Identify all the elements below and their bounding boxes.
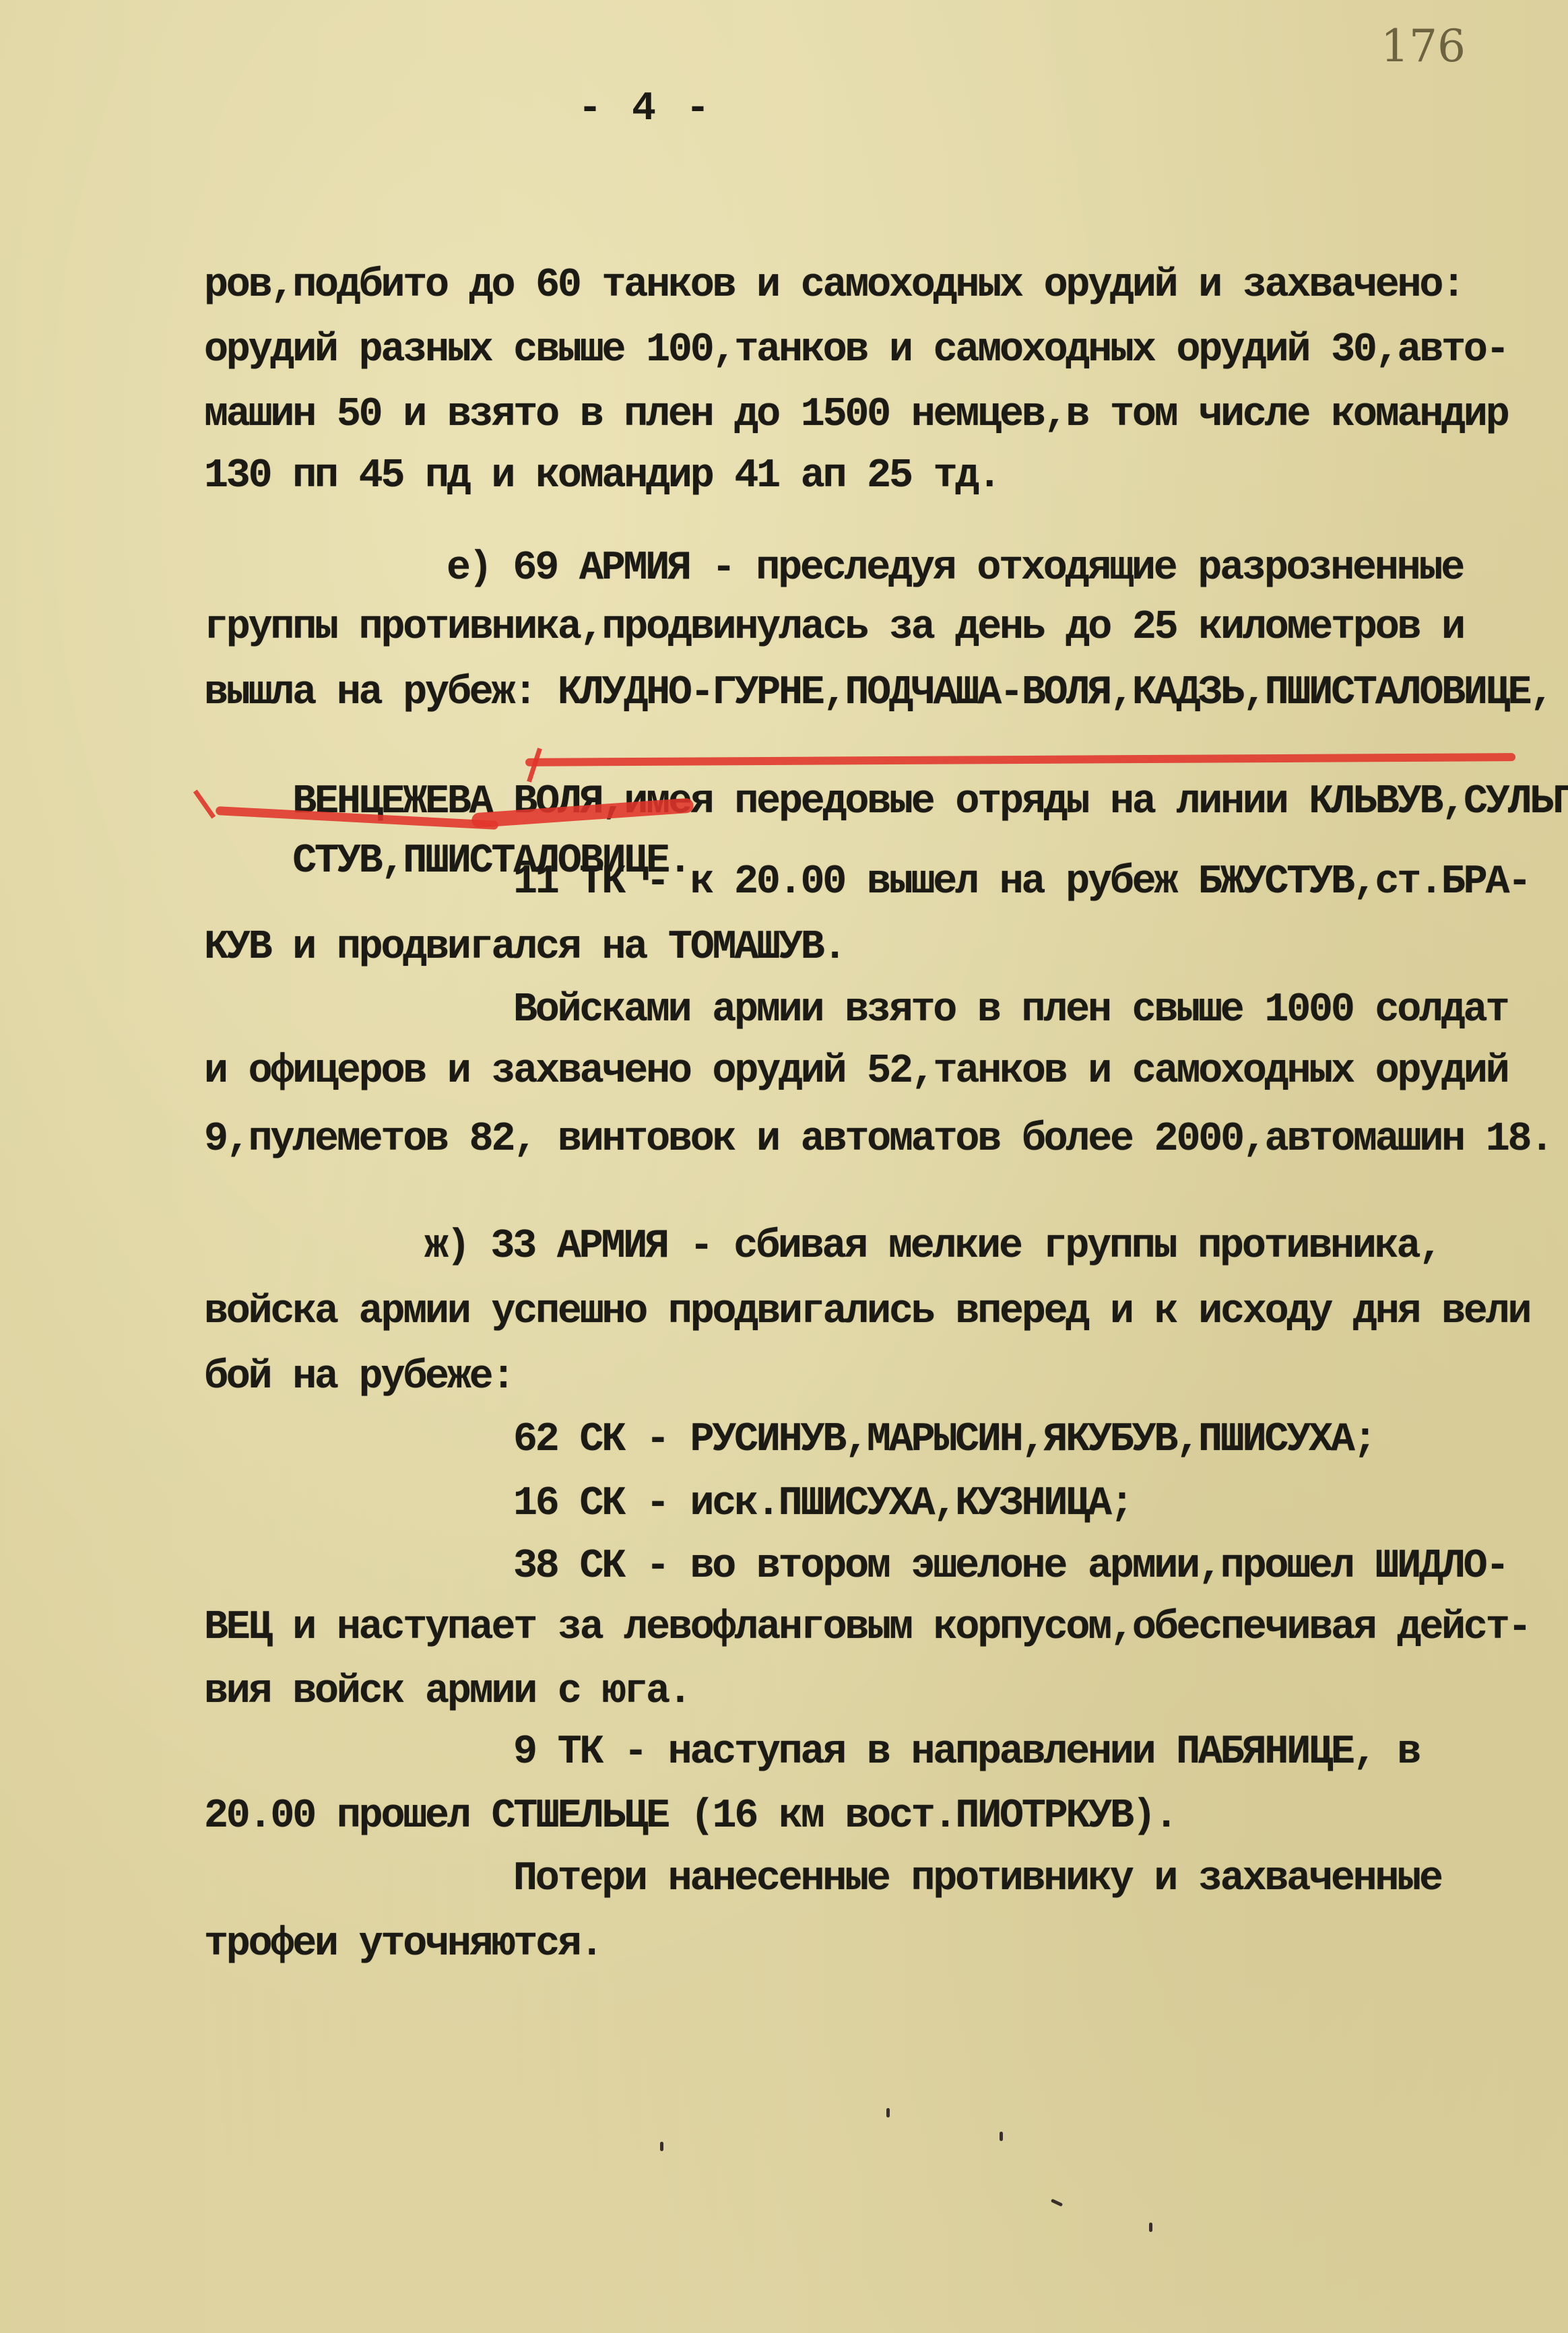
text-line: 130 пп 45 пд и командир 41 ап 25 тд.	[204, 455, 1000, 498]
text-line: машин 50 и взято в плен до 1500 немцев,в…	[204, 393, 1508, 436]
text-line: 9,пулеметов 82, винтовок и автоматов бол…	[204, 1118, 1552, 1161]
text-line: группы противника,продвинулась за день д…	[204, 606, 1464, 649]
paper-speck	[1051, 2198, 1063, 2206]
corps-line-62: 62 СК - РУСИНУВ,МАРЫСИН,ЯКУБУВ,ПШИСУХА;	[513, 1418, 1375, 1461]
corps-line-38: 38 СК - во втором эшелоне армии,прошел Ш…	[513, 1545, 1507, 1588]
text-line: 11 ТК - к 20.00 вышел на рубеж БЖУСТУВ,с…	[513, 861, 1530, 904]
archive-sheet-number: 176	[1381, 20, 1466, 72]
text-line: КУВ и продвигался на ТОМАШУВ.	[204, 926, 845, 969]
document-page: 176 - 4 - ров,подбито до 60 танков и сам…	[0, 0, 1568, 2333]
text-line: войска армии успешно продвигались вперед…	[204, 1290, 1530, 1334]
tank-corps-line-9: 9 ТК - наступая в направлении ПАБЯНИЦЕ, …	[513, 1731, 1419, 1774]
text-line: и офицеров и захвачено орудий 52,танков …	[204, 1050, 1508, 1093]
text-line: трофеи уточняются.	[204, 1923, 602, 1966]
section-heading-33-army: ж) 33 АРМИЯ - сбивая мелкие группы проти…	[424, 1225, 1441, 1268]
paper-speck	[660, 2142, 663, 2151]
text-line: Войсками армии взято в плен свыше 1000 с…	[513, 989, 1507, 1032]
paper-speck	[886, 2108, 890, 2117]
text-line: вышла на рубеж: КЛУДНО-ГУРНЕ,ПОДЧАША-ВОЛ…	[204, 671, 1552, 715]
text-line: 20.00 прошел СТШЕЛЬЦЕ (16 км вост.ПИОТРК…	[204, 1795, 1176, 1838]
struck-through-text: имея передовые отряды на линии КЛЬВУВ,СУ…	[624, 779, 1568, 825]
paper-speck	[1149, 2223, 1152, 2232]
paper-speck	[1000, 2132, 1003, 2141]
text-line: бой на рубеже:	[204, 1356, 513, 1399]
page-number: - 4 -	[578, 86, 713, 132]
corps-line-16: 16 СК - иск.ПШИСУХА,КУЗНИЦА;	[513, 1482, 1132, 1525]
text-line: ров,подбито до 60 танков и самоходных ор…	[204, 264, 1464, 307]
text-line: ВЕЦ и наступает за левофланговым корпусо…	[204, 1606, 1530, 1649]
section-heading-69-army: е) 69 АРМИЯ - преследуя отходящие разроз…	[447, 547, 1463, 590]
text-line: вия войск армии с юга.	[204, 1670, 690, 1713]
text-line: орудий разных свыше 100,танков и самоход…	[204, 329, 1508, 372]
text-line: Потери нанесенные противнику и захваченн…	[513, 1858, 1441, 1901]
